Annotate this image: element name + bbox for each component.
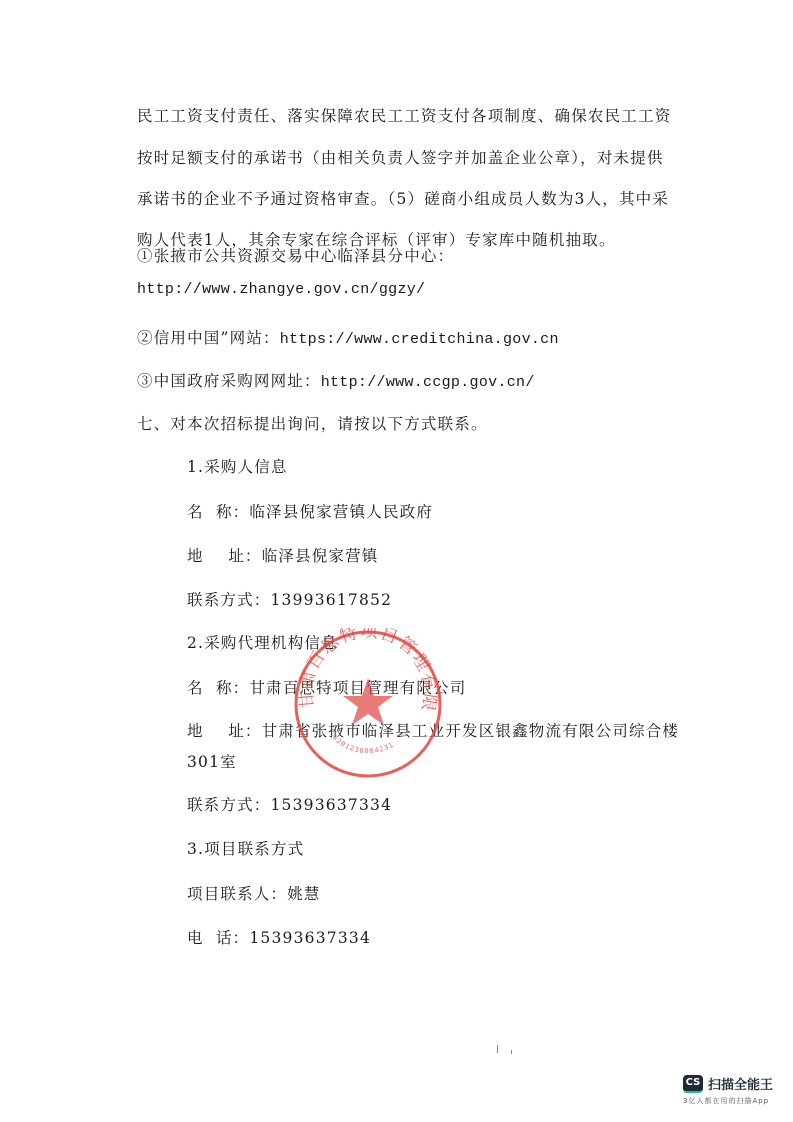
paragraph-line-1: 民工工资支付责任、落实保障农民工工资支付各项制度、确保农民工工资 [137,104,671,126]
purchaser-contact: 联系方式：13993617852 [187,588,392,610]
site1-label: ①张掖市公共资源交易中心临泽县分中心： [137,244,454,266]
agency-contact: 联系方式：15393637334 [187,793,392,815]
site2-row: ②信用中国”网站：https://www.creditchina.gov.cn [137,326,559,348]
site2-url[interactable]: https://www.creditchina.gov.cn [280,331,559,348]
site3-row: ③中国政府采购网网址：http://www.ccgp.gov.cn/ [137,369,535,391]
project-person: 项目联系人：姚慧 [187,882,321,904]
project-heading: 3.项目联系方式 [187,837,304,859]
cs-logo-icon: CS [683,1075,703,1093]
purchaser-address: 地 址：临泽县倪家营镇 [187,544,379,566]
stamp-number: 6201230004231 [331,734,396,756]
site3-label: ③中国政府采购网网址： [137,372,321,390]
site1-url[interactable]: http://www.zhangye.gov.cn/ggzy/ [137,281,425,298]
watermark-tagline: 3亿人都在用的扫描App [683,1096,769,1106]
purchaser-heading: 1.采购人信息 [187,455,288,477]
svg-text:6201230004231: 6201230004231 [331,734,396,756]
project-phone: 电 话：15393637334 [187,926,371,948]
company-seal-stamp: 甘肃百思特项目管理有限公司 6201230004231 [292,628,444,780]
agency-address-line2: 301室 [187,750,237,772]
scan-speck [511,1050,512,1054]
section-seven-heading: 七、对本次招标提出询问，请按以下方式联系。 [137,412,488,434]
purchaser-name: 名 称：临泽县倪家营镇人民政府 [187,500,433,522]
paragraph-line-2: 按时足额支付的承诺书（由相关负责人签字并加盖企业公章），对未提供 [137,146,664,168]
paragraph-line-3: 承诺书的企业不予通过资格审查。（5）磋商小组成员人数为3人，其中采 [137,187,669,209]
watermark-app-name: 扫描全能王 [708,1074,773,1093]
scan-speck [497,1045,498,1053]
scanner-watermark: CS 扫描全能王 3亿人都在用的扫描App [683,1074,773,1106]
site3-url[interactable]: http://www.ccgp.gov.cn/ [321,374,535,391]
site2-label: ②信用中国”网站： [137,329,280,347]
